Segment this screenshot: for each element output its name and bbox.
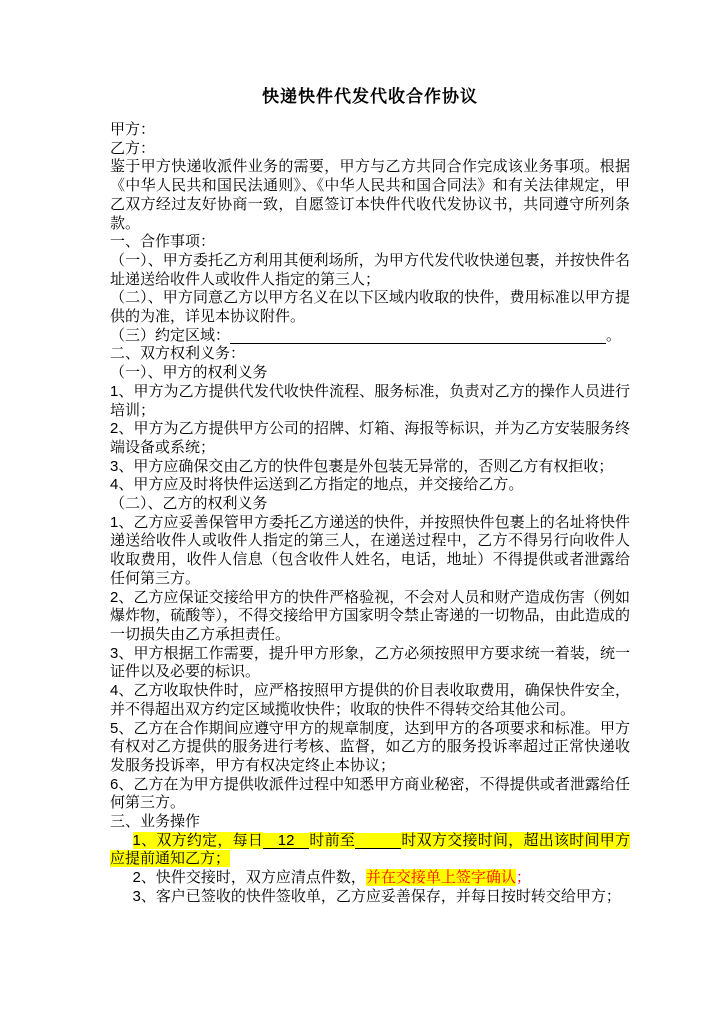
text-run: 3、甲方应确保交由乙方的快件包裹是外包装无异常的，否则乙方有权拒收；: [110, 458, 613, 475]
section-2-part-1-heading: （一）、甲方的权利义务: [110, 364, 630, 383]
text-run: 乙方：: [110, 140, 155, 157]
party-b-duty-3: 3、甲方根据工作需要，提升甲方形象，乙方必须按照甲方要求统一着装，统一证件以及必…: [110, 645, 630, 682]
preamble: 鉴于甲方快递收派件业务的需要，甲方与乙方共同合作完成该业务事项。根据《中华人民共…: [110, 158, 630, 233]
text-run: 2、乙方应保证交接给甲方的快件严格验视，不会对人员和财产造成伤害（例如爆炸物，硫…: [110, 589, 630, 643]
handover-end-time-blank: [355, 833, 401, 849]
text-run: 1、乙方应妥善保管甲方委托乙方递送的快件，并按照快件包裹上的名址将快件递送给收件…: [110, 514, 630, 587]
text-run: （一）、甲方的权利义务: [110, 364, 268, 381]
text-run: ；: [516, 869, 531, 886]
text-run: 并在交接单上签字确认: [366, 869, 516, 886]
section-1-item-3: （三）约定区域： 。: [110, 327, 630, 346]
agreed-area-blank: [230, 328, 606, 344]
text-run: 1、甲方为乙方提供代发代收快件流程、服务标准，负责对乙方的操作人员进行培训；: [110, 383, 630, 419]
party-a-duty-2: 2、甲方为乙方提供甲方公司的招牌、灯箱、海报等标识，并为乙方安装服务终端设备或系…: [110, 420, 630, 457]
text-run: 5、乙方在合作期间应遵守甲方的规章制度，达到甲方的各项要求和标准。甲方有权对乙方…: [110, 720, 630, 774]
party-b-duty-2: 2、乙方应保证交接给甲方的快件严格验视，不会对人员和财产造成伤害（例如爆炸物，硫…: [110, 589, 630, 645]
document-title: 快递快件代发代收合作协议: [110, 86, 630, 108]
party-b-duty-1: 1、乙方应妥善保管甲方委托乙方递送的快件，并按照快件包裹上的名址将快件递送给收件…: [110, 514, 630, 589]
text-run: 一、合作事项：: [110, 233, 215, 250]
operation-item-1: 1、双方约定，每日12时前至 时双方交接时间，超出该时间甲方应提前通知乙方；: [110, 832, 630, 869]
text-run: （三）约定区域：: [110, 327, 230, 344]
text-run: 2、快件交接时，双方应清点件数，: [133, 869, 366, 886]
section-1-item-1: （一）、甲方委托乙方利用其便利场所，为甲方代发代收快递包裹，并按快件名址递送给收…: [110, 252, 630, 289]
text-run: （二）、甲方同意乙方以甲方名义在以下区域内收取的快件，费用标准以甲方提供的为准，…: [110, 289, 630, 325]
text-run: （二）、乙方的权利义务: [110, 495, 268, 512]
section-2-heading: 二、双方权利义务：: [110, 345, 630, 364]
party-b-duty-5: 5、乙方在合作期间应遵守甲方的规章制度，达到甲方的各项要求和标准。甲方有权对乙方…: [110, 720, 630, 776]
party-b-line: 乙方：: [110, 140, 630, 159]
text-run: 3、甲方根据工作需要，提升甲方形象，乙方必须按照甲方要求统一着装，统一证件以及必…: [110, 645, 630, 681]
party-b-duty-6: 6、乙方在为甲方提供收派件过程中知悉甲方商业秘密，不得提供或者泄露给任何第三方。: [110, 776, 630, 813]
section-1-item-2: （二）、甲方同意乙方以甲方名义在以下区域内收取的快件，费用标准以甲方提供的为准，…: [110, 289, 630, 326]
text-run: 4、甲方应及时将快件运送到乙方指定的地点，并交接给乙方。: [110, 476, 523, 493]
party-b-duty-4: 4、乙方收取快件时，应严格按照甲方提供的价目表收取费用，确保快件安全，并不得超出…: [110, 682, 630, 719]
handover-start-time-blank: 12: [263, 833, 309, 849]
operation-item-3: 3、客户已签收的快件签收单，乙方应妥善保存，并每日按时转交给甲方；: [110, 888, 630, 907]
section-2-part-2-heading: （二）、乙方的权利义务: [110, 495, 630, 514]
text-run: 鉴于甲方快递收派件业务的需要，甲方与乙方共同合作完成该业务事项。根据《中华人民共…: [110, 158, 630, 231]
party-a-duty-3: 3、甲方应确保交由乙方的快件包裹是外包装无异常的，否则乙方有权拒收；: [110, 458, 630, 477]
text-run: 三、业务操作: [110, 813, 200, 830]
text-run: 。: [606, 327, 621, 344]
text-run: 4、乙方收取快件时，应严格按照甲方提供的价目表收取费用，确保快件安全，并不得超出…: [110, 682, 630, 718]
text-run: 3、客户已签收的快件签收单，乙方应妥善保存，并每日按时转交给甲方；: [133, 888, 621, 905]
text-run: （一）、甲方委托乙方利用其便利场所，为甲方代发代收快递包裹，并按快件名址递送给收…: [110, 252, 630, 288]
section-1-heading: 一、合作事项：: [110, 233, 630, 252]
section-3-heading: 三、业务操作: [110, 813, 630, 832]
operation-item-2: 2、快件交接时，双方应清点件数，并在交接单上签字确认；: [110, 869, 630, 888]
text-run: 6、乙方在为甲方提供收派件过程中知悉甲方商业秘密，不得提供或者泄露给任何第三方。: [110, 776, 630, 812]
text-run: 甲方：: [110, 121, 155, 138]
document-page: 快递快件代发代收合作协议 甲方：乙方：鉴于甲方快递收派件业务的需要，甲方与乙方共…: [0, 0, 720, 1017]
party-a-duty-4: 4、甲方应及时将快件运送到乙方指定的地点，并交接给乙方。: [110, 476, 630, 495]
party-a-duty-1: 1、甲方为乙方提供代发代收快件流程、服务标准，负责对乙方的操作人员进行培训；: [110, 383, 630, 420]
party-a-line: 甲方：: [110, 121, 630, 140]
text-run: 2、甲方为乙方提供甲方公司的招牌、灯箱、海报等标识，并为乙方安装服务终端设备或系…: [110, 420, 630, 456]
document-body: 甲方：乙方：鉴于甲方快递收派件业务的需要，甲方与乙方共同合作完成该业务事项。根据…: [110, 121, 630, 907]
text-run: 1、双方约定，每日: [133, 832, 264, 849]
text-run: 时前至: [309, 832, 355, 849]
text-run: 二、双方权利义务：: [110, 345, 245, 362]
